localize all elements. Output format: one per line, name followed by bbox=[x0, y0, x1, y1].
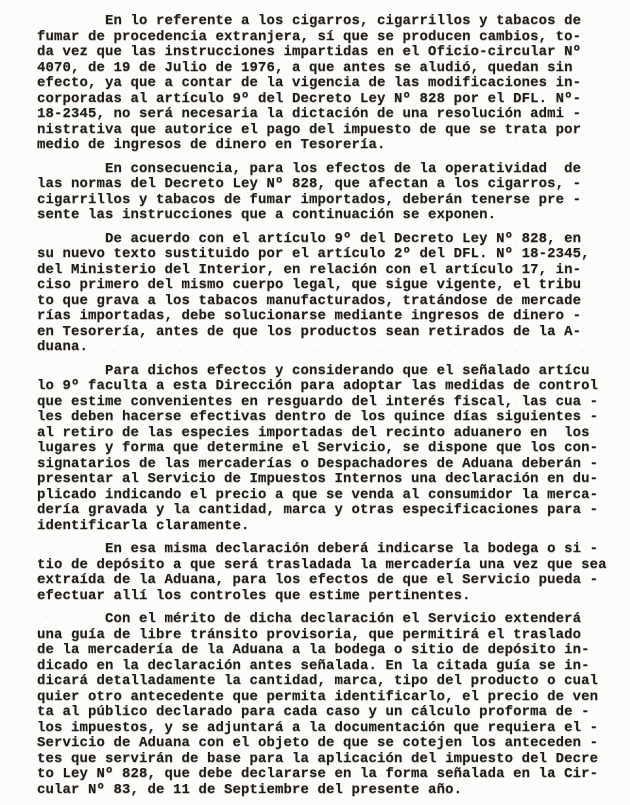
paragraph-en-consecuencia: En consecuencia, para los efectos de la … bbox=[37, 162, 610, 224]
paragraph-de-acuerdo-articulo-9: De acuerdo con el artículo 9º del Decret… bbox=[37, 232, 610, 356]
paragraph-declaracion-bodega: En esa misma declaración deberá indicars… bbox=[37, 542, 610, 604]
scanned-document-page: En lo referente a los cigarros, cigarril… bbox=[0, 0, 630, 805]
paragraph-para-dichos-efectos: Para dichos efectos y considerando que e… bbox=[37, 364, 610, 535]
paragraph-cigarros-extranjeros: En lo referente a los cigarros, cigarril… bbox=[37, 14, 610, 154]
paragraph-guia-libre-transito: Con el mérito de dicha declaración el Se… bbox=[37, 612, 610, 798]
